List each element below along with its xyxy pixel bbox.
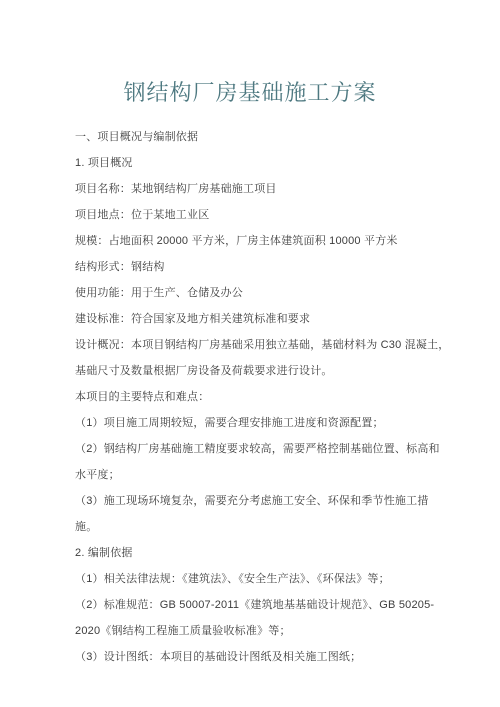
document-page: 钢结构厂房基础施工方案 一、项目概况与编制依据 1. 项目概况 项目名称：某地钢… (0, 0, 500, 707)
subsection-heading: 1. 项目概况 (75, 150, 450, 176)
list-item: （2）钢结构厂房基础施工精度要求较高，需要严格控制基础位置、标高和水平度； (75, 436, 450, 488)
paragraph: 使用功能：用于生产、仓储及办公 (75, 280, 450, 306)
paragraph: 项目地点：位于某地工业区 (75, 202, 450, 228)
paragraph: 本项目的主要特点和难点： (75, 384, 450, 410)
list-item: （3）设计图纸：本项目的基础设计图纸及相关施工图纸； (75, 644, 450, 670)
list-item: （1）项目施工周期较短，需要合理安排施工进度和资源配置； (75, 410, 450, 436)
paragraph: 设计概况：本项目钢结构厂房基础采用独立基础，基础材料为 C30 混凝土，基础尺寸… (75, 332, 450, 384)
section-heading: 一、项目概况与编制依据 (75, 124, 450, 150)
document-body: 一、项目概况与编制依据 1. 项目概况 项目名称：某地钢结构厂房基础施工项目 项… (75, 124, 450, 670)
list-item: （2）标准规范：GB 50007-2011《建筑地基基础设计规范》、GB 502… (75, 592, 450, 644)
paragraph: 建设标准：符合国家及地方相关建筑标准和要求 (75, 306, 450, 332)
document-title: 钢结构厂房基础施工方案 (0, 78, 500, 108)
paragraph: 项目名称：某地钢结构厂房基础施工项目 (75, 176, 450, 202)
paragraph: 结构形式：钢结构 (75, 254, 450, 280)
subsection-heading: 2. 编制依据 (75, 540, 450, 566)
list-item: （1）相关法律法规：《建筑法》、《安全生产法》、《环保法》等； (75, 566, 450, 592)
list-item: （3）施工现场环境复杂，需要充分考虑施工安全、环保和季节性施工措施。 (75, 488, 450, 540)
paragraph: 规模：占地面积 20000 平方米，厂房主体建筑面积 10000 平方米 (75, 228, 450, 254)
